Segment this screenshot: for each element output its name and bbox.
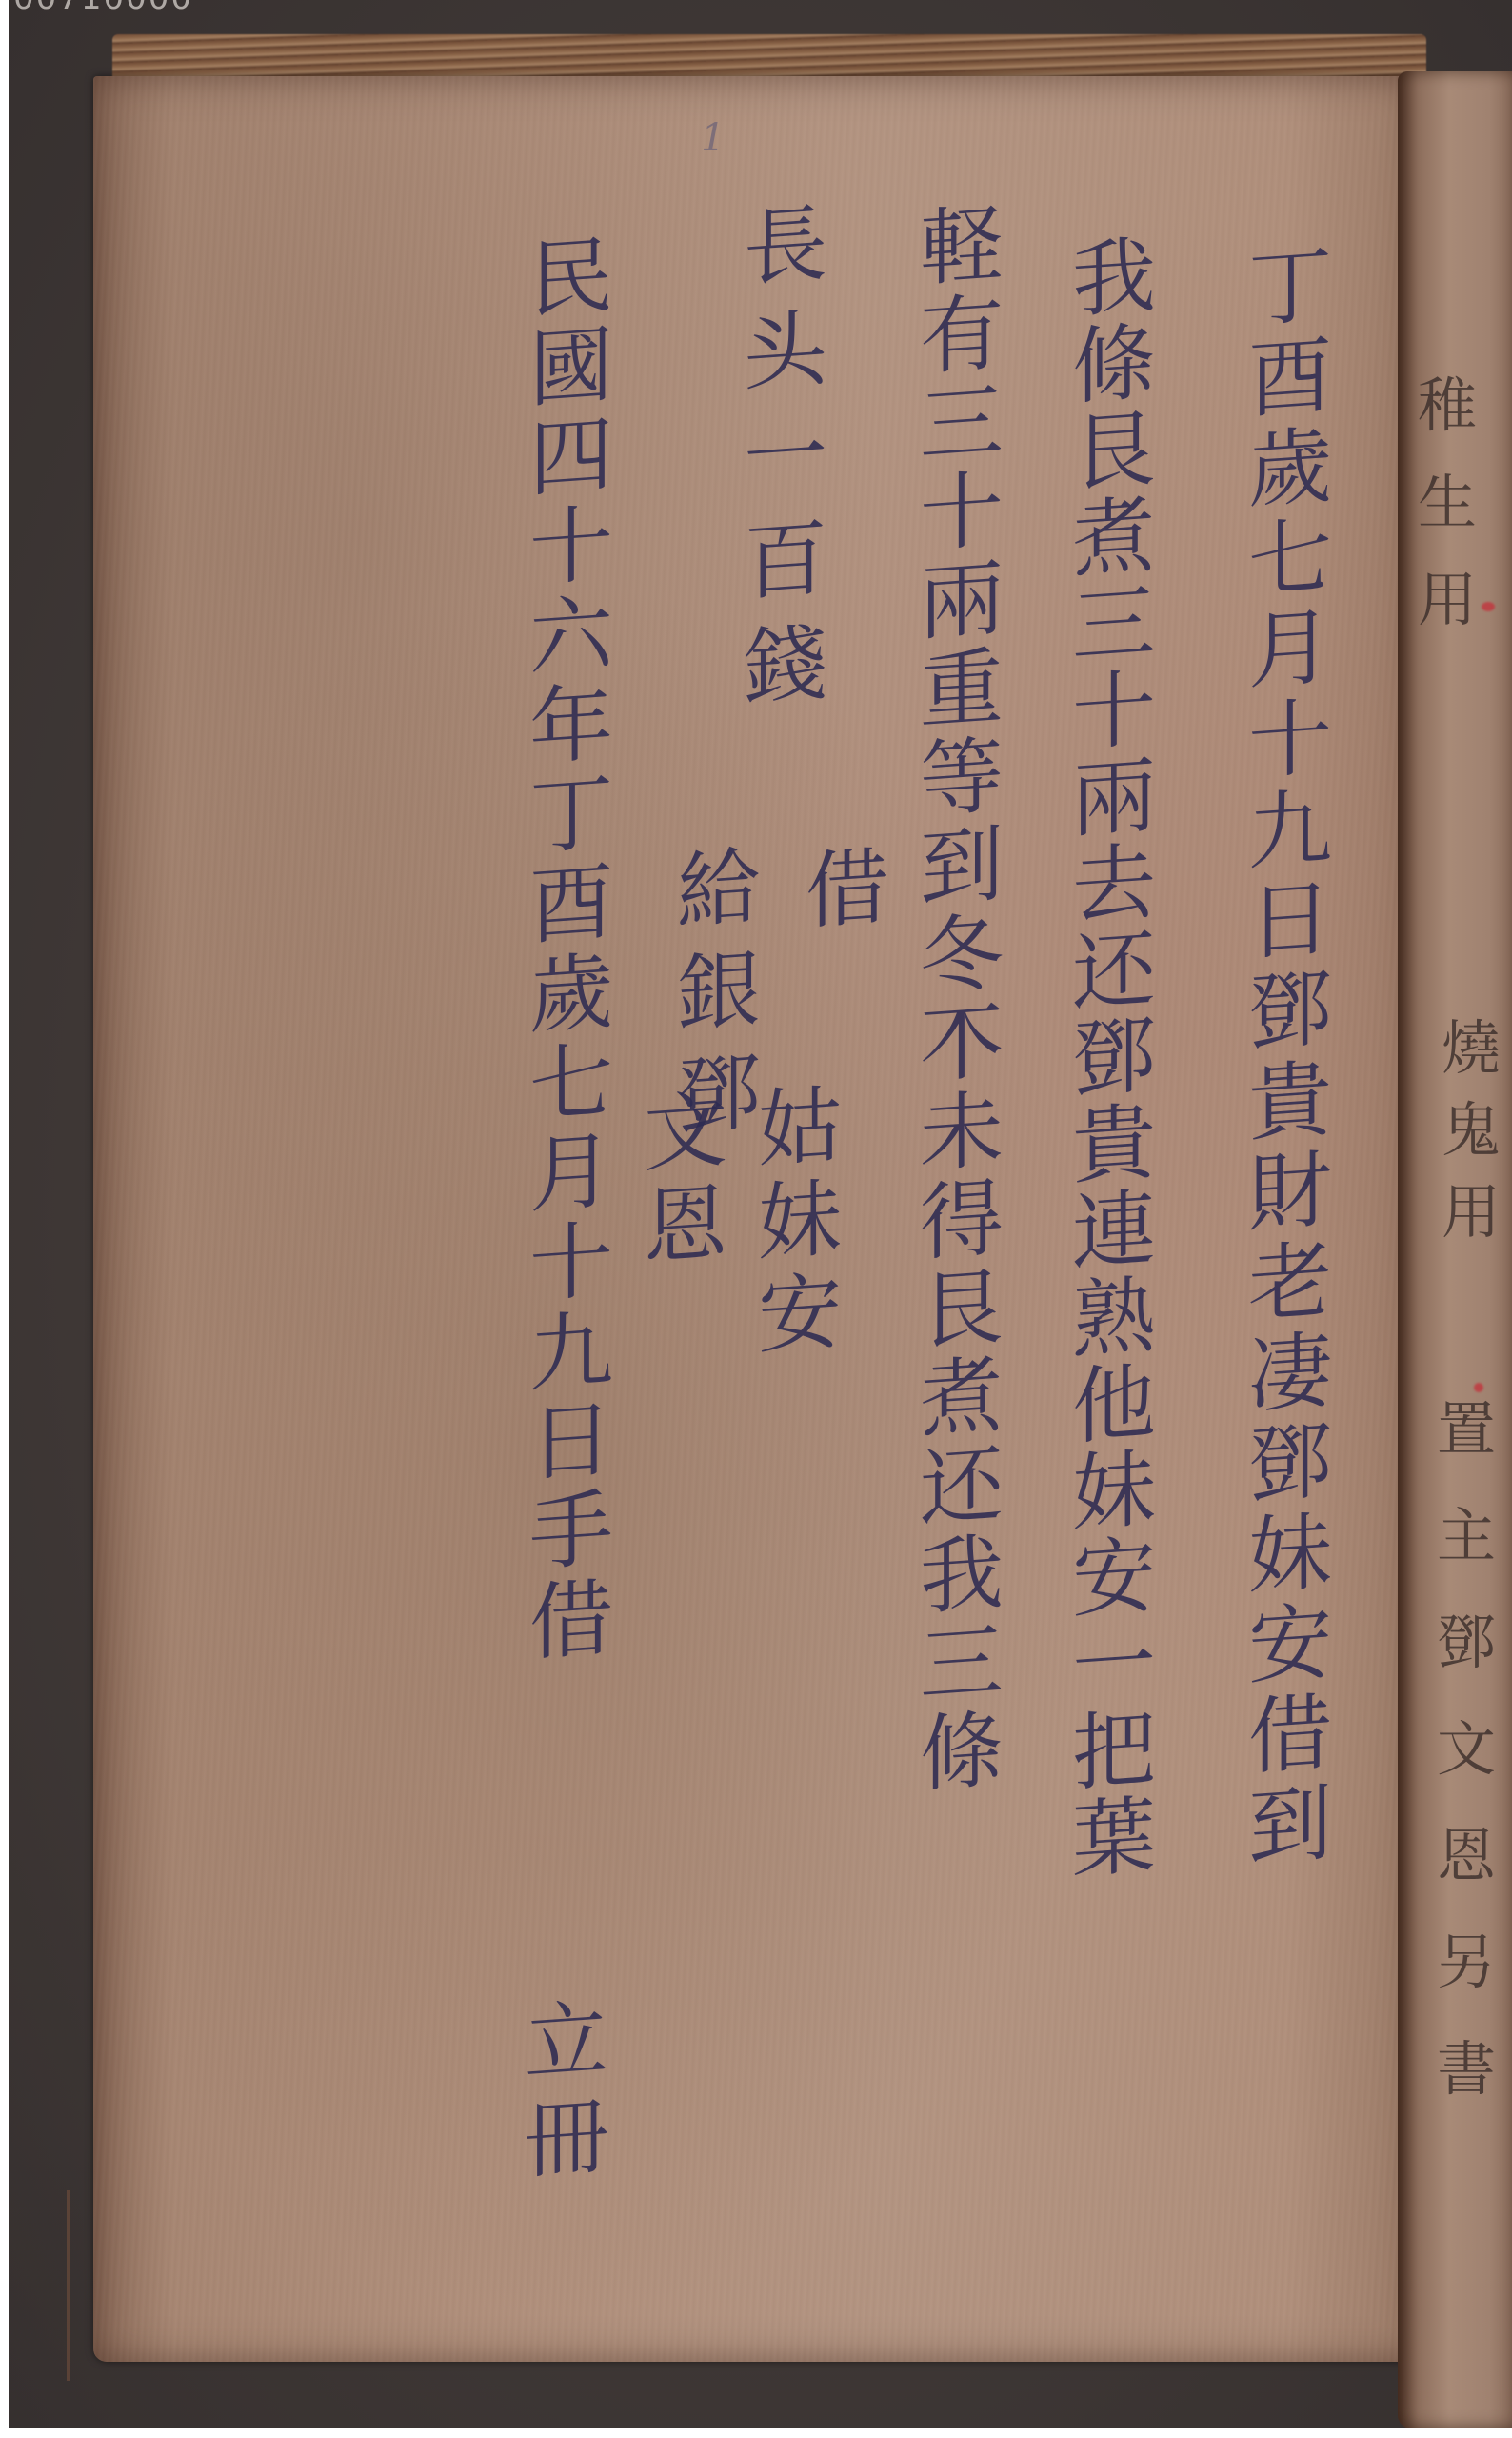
handwritten-character: 鄧 xyxy=(1072,1013,1156,1103)
handwritten-character: 艮 xyxy=(1072,407,1156,496)
handwritten-character: 熟 xyxy=(1072,1273,1156,1363)
handwritten-character: 日 xyxy=(529,1397,613,1487)
handwritten-character: 民 xyxy=(529,233,613,323)
handwritten-character: 借 xyxy=(1248,1690,1332,1780)
handwritten-character: 凄 xyxy=(1248,1329,1332,1418)
handwritten-character: 文 xyxy=(1437,1720,1496,1779)
handwritten-character: 到 xyxy=(1248,1781,1332,1870)
handwritten-character: 妹 xyxy=(1072,1447,1156,1536)
handwritten-character: 酉 xyxy=(529,860,613,949)
handwritten-character: 姑 xyxy=(758,1083,842,1172)
handwritten-character: 兩 xyxy=(920,556,1004,646)
handwritten-character: 貴 xyxy=(1248,1057,1332,1147)
handwritten-character: 條 xyxy=(920,1708,1004,1797)
handwritten-character: 連 xyxy=(1072,1187,1156,1276)
handwritten-character: 七 xyxy=(529,1039,613,1129)
handwritten-character: 月 xyxy=(529,1129,613,1218)
handwritten-character: 立 xyxy=(525,1997,608,2087)
handwritten-character: 我 xyxy=(1072,233,1156,323)
handwritten-character: 書 xyxy=(1437,2040,1496,2099)
handwritten-character: 十 xyxy=(1248,695,1332,785)
handwritten-character: 燒 xyxy=(1442,1019,1501,1078)
red-seal-mark xyxy=(1474,1383,1483,1392)
handwritten-character: 歲 xyxy=(529,949,613,1039)
handwritten-character: 歲 xyxy=(1248,424,1332,513)
handwritten-character: 十 xyxy=(920,468,1004,557)
handwritten-character: 日 xyxy=(1248,876,1332,966)
handwritten-character: 文 xyxy=(644,1088,727,1177)
handwritten-character: 还 xyxy=(920,1442,1004,1531)
text-column-2: 我條艮煮三十兩去还鄧貴連熟他妹安一把葉 xyxy=(1062,236,1166,1880)
handwritten-character: 老 xyxy=(1248,1238,1332,1328)
handwritten-character: 十 xyxy=(529,1218,613,1308)
handwritten-character: 財 xyxy=(1248,1148,1332,1237)
handwritten-character: 𣎴 xyxy=(920,999,1004,1089)
handwritten-character: 十 xyxy=(1072,667,1156,756)
handwritten-character: 恩 xyxy=(1437,1827,1496,1886)
spine-text-bottom: 置主鄧文恩另書 xyxy=(1428,1400,1504,2099)
handwritten-character: 未 xyxy=(920,1088,1004,1177)
text-column-name-aunt: 姑妹安 xyxy=(752,1086,847,1356)
handwritten-character: 百 xyxy=(744,516,827,606)
spine-text-top: 稚生用 xyxy=(1409,376,1485,629)
handwritten-character: 年 xyxy=(529,681,613,770)
handwritten-character: 九 xyxy=(529,1308,613,1397)
handwritten-character: 三 xyxy=(1072,580,1156,669)
handwritten-character: 酉 xyxy=(1248,333,1332,423)
text-column-1: 丁酉歲七月十九日鄧貴財老凄鄧妹安借到 xyxy=(1238,246,1343,1868)
handwritten-character: 三 xyxy=(920,379,1004,469)
handwritten-character: 妹 xyxy=(1248,1509,1332,1599)
handwritten-character: 月 xyxy=(1248,605,1332,694)
page-number: 1 xyxy=(701,116,725,160)
text-column-date: 民國四十六年丁酉歲七月十九日手借 xyxy=(519,236,624,1663)
handwritten-character: 四 xyxy=(529,412,613,502)
handwritten-character: 十 xyxy=(529,502,613,591)
handwritten-character: 他 xyxy=(1072,1360,1156,1449)
handwritten-character: 得 xyxy=(920,1176,1004,1266)
handwritten-character: 头 xyxy=(744,307,827,396)
handwritten-character: 主 xyxy=(1437,1507,1496,1566)
handwritten-character: 條 xyxy=(1072,320,1156,410)
handwritten-character: 丁 xyxy=(1248,243,1332,332)
handwritten-character: 我 xyxy=(920,1530,1004,1620)
handwritten-character: 借 xyxy=(529,1576,613,1666)
handwritten-character: 鄧 xyxy=(1437,1613,1496,1672)
handwritten-character: 还 xyxy=(1072,927,1156,1016)
handwritten-character: 安 xyxy=(1248,1600,1332,1689)
handwritten-character: 冊 xyxy=(525,2094,608,2184)
handwritten-character: 銀 xyxy=(677,948,761,1037)
handwritten-character: 借 xyxy=(806,845,889,934)
handwritten-character: 長 xyxy=(744,202,827,291)
handwritten-character: 生 xyxy=(1418,473,1477,532)
catalog-number: 00710000 xyxy=(13,0,193,17)
handwritten-character: 葉 xyxy=(1072,1793,1156,1883)
handwritten-character: 稚 xyxy=(1418,376,1477,435)
handwritten-character: 三 xyxy=(920,1619,1004,1709)
handwritten-character: 安 xyxy=(758,1269,842,1359)
handwritten-character: 置 xyxy=(1437,1400,1496,1459)
handwritten-character: 煮 xyxy=(1072,493,1156,583)
handwritten-character: 鬼 xyxy=(1442,1101,1501,1160)
handwritten-character: 把 xyxy=(1072,1707,1156,1796)
handwritten-character: 一 xyxy=(744,411,827,501)
handwritten-character: 兩 xyxy=(1072,753,1156,843)
text-column-signature: 立冊 xyxy=(514,2000,619,2181)
handwritten-character: 恩 xyxy=(644,1181,727,1270)
text-column-name-wenen: 文恩 xyxy=(638,1090,733,1268)
handwritten-character: 有 xyxy=(920,290,1004,380)
handwritten-character: 九 xyxy=(1248,786,1332,875)
handwritten-character: 給 xyxy=(677,845,761,934)
handwritten-character: 安 xyxy=(1072,1533,1156,1623)
handwritten-character: 用 xyxy=(1442,1183,1501,1242)
handwritten-character: 錢 xyxy=(744,621,827,710)
handwritten-character: 艮 xyxy=(920,1265,1004,1354)
handwritten-character: 國 xyxy=(529,323,613,412)
handwritten-character: 另 xyxy=(1437,1933,1496,1992)
handwritten-character: 手 xyxy=(529,1487,613,1576)
handwritten-character: 去 xyxy=(1072,840,1156,929)
text-column-4-amount: 長头一百錢 xyxy=(733,205,838,708)
handwritten-character: 鄧 xyxy=(1248,1419,1332,1509)
handwritten-character: 到 xyxy=(920,822,1004,911)
handwritten-character: 鄧 xyxy=(1248,967,1332,1056)
handwritten-character: 重 xyxy=(920,645,1004,734)
text-column-borrow: 借 xyxy=(800,848,895,931)
text-column-3: 軽有三十兩重等到冬𣎴未得艮煮还我三條 xyxy=(909,205,1014,1794)
spine-text-mid: 燒鬼用 xyxy=(1433,1019,1509,1242)
handwritten-character: 丁 xyxy=(529,770,613,860)
handwritten-character: 妹 xyxy=(758,1176,842,1266)
handwritten-character: 用 xyxy=(1418,570,1477,629)
handwritten-character: 煮 xyxy=(920,1353,1004,1443)
handwritten-character: 冬 xyxy=(920,910,1004,1000)
handwritten-character: 等 xyxy=(920,733,1004,823)
handwritten-character: 六 xyxy=(529,591,613,681)
handwritten-character: 七 xyxy=(1248,514,1332,604)
handwritten-character: 軽 xyxy=(920,202,1004,291)
handwritten-character: 一 xyxy=(1072,1620,1156,1709)
document-scan: 00710000 1 丁酉歲七月十九日鄧貴財老凄鄧妹安借到 我條艮煮三十兩去还鄧… xyxy=(0,0,1512,2438)
handwritten-character: 貴 xyxy=(1072,1100,1156,1189)
